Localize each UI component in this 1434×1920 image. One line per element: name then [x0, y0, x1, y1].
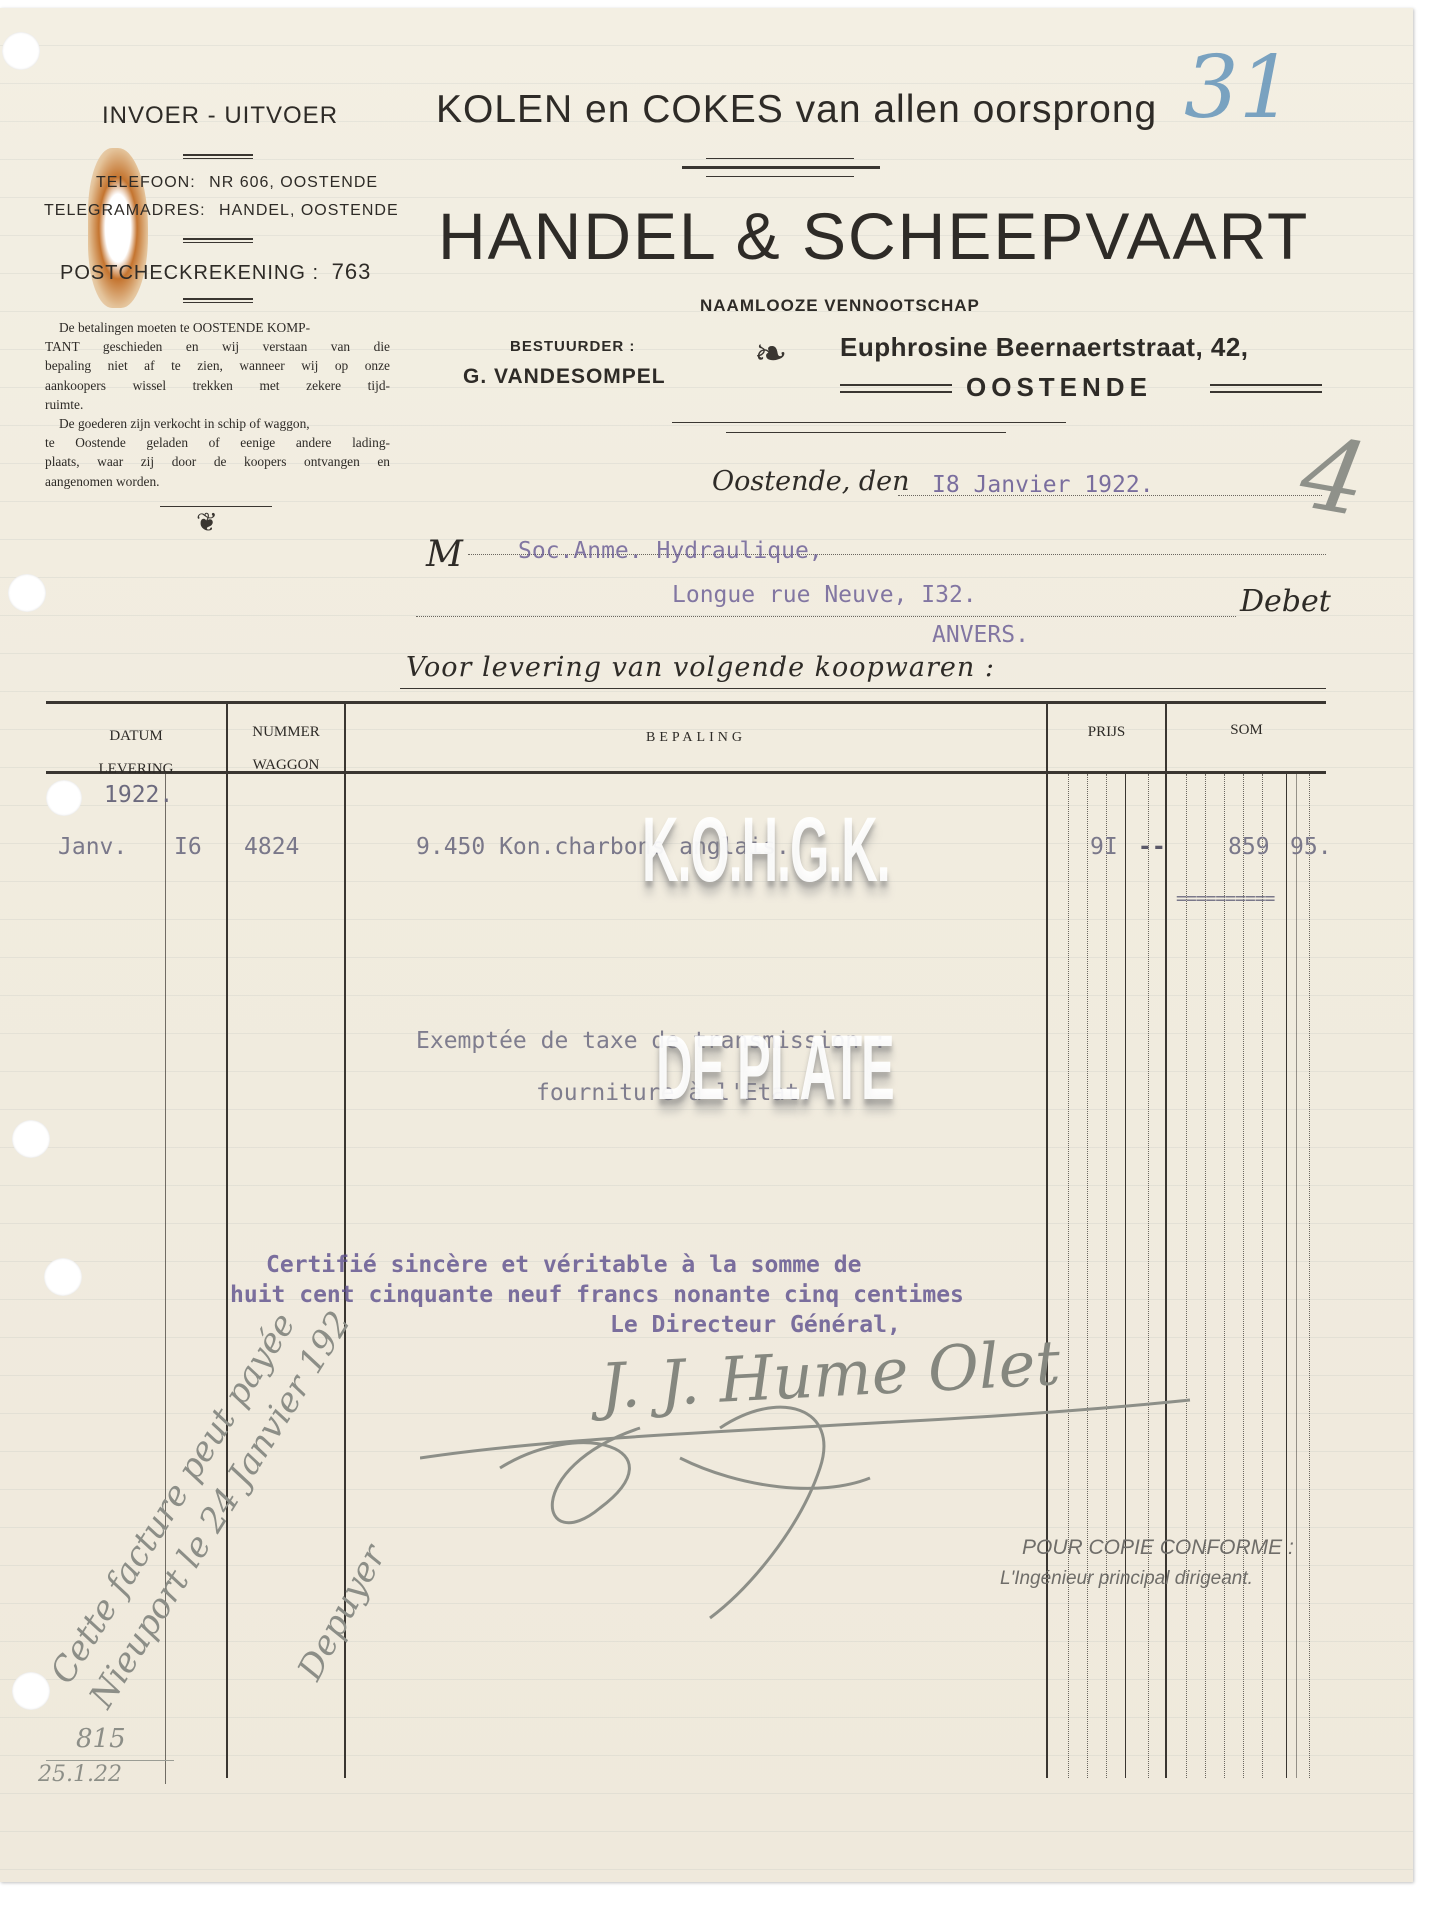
recipient-line-2 [416, 616, 1236, 617]
telegram-line: TELEGRAMADRES: HANDEL, OOSTENDE [44, 202, 399, 220]
postcheck-label: POSTCHECKREKENING : [60, 262, 319, 284]
punch-hole-icon [8, 574, 46, 612]
telefoon-value: NR 606, OOSTENDE [209, 174, 378, 191]
divider [183, 298, 253, 303]
divider [1210, 384, 1322, 386]
row-day: I6 [174, 834, 202, 860]
recipient-city: ANVERS. [932, 622, 1029, 648]
divider [706, 158, 854, 159]
debet-label: Debet [1240, 584, 1331, 619]
director-label: BESTUURDER : [510, 338, 635, 355]
import-export-title: INVOER - UITVOER [102, 102, 338, 130]
telegram-label: TELEGRAMADRES: [44, 202, 206, 219]
row-month: Janv. [58, 834, 127, 860]
blue-pencil-number: 31 [1184, 38, 1293, 138]
guide-line [1224, 774, 1225, 1778]
ornament-icon: ❦ [196, 508, 218, 538]
terms-line: te Oostende geladen of eenige andere lad… [45, 433, 390, 452]
header-som: SOM [1167, 722, 1326, 739]
divider [672, 422, 1066, 423]
company-name: HANDEL & SCHEEPVAART [438, 198, 1309, 274]
recipient-street: Longue rue Neuve, I32. [672, 582, 977, 608]
terms-line: TANT geschieden en wij verstaan van die [45, 337, 390, 356]
ref-divider [46, 1760, 174, 1761]
punch-hole-icon [44, 1258, 82, 1296]
header-datum: DATUM LEVERING [46, 720, 226, 786]
postcheck-line: POSTCHECKREKENING : 763 [60, 259, 371, 285]
divider [706, 176, 854, 177]
total-underline: ========== [1176, 888, 1274, 909]
table-top-border [46, 701, 1326, 704]
telefoon-line: TELEFOON: NR 606, OOSTENDE [96, 174, 378, 192]
guide-line [1243, 774, 1244, 1778]
watermark-top: K.O.H.G.K. [642, 798, 890, 903]
terms-line: aankoopers wissel trekken met zekere tij… [45, 376, 390, 395]
certification-line3: Le Directeur Général, [610, 1312, 901, 1338]
invoice-date: I8 Janvier 1922. [932, 472, 1154, 498]
terms-line: ruimte. [45, 395, 390, 414]
punch-hole-icon [2, 32, 40, 70]
punch-hole-icon [12, 1672, 50, 1710]
terms-line: bepaling niet af te zien, wanneer wij op… [45, 356, 390, 375]
divider [682, 166, 880, 169]
header-bepaling: BEPALING [346, 730, 1046, 746]
divider [840, 391, 952, 393]
header-datum-line1: DATUM [46, 720, 226, 753]
telefoon-label: TELEFOON: [96, 174, 196, 191]
legal-form: NAAMLOOZE VENNOOTSCHAP [700, 296, 980, 316]
header-prijs: PRIJS [1048, 724, 1165, 741]
guide-line [1309, 774, 1310, 1778]
terms-line: plaats, waar zij door de koopers ontvang… [45, 452, 390, 471]
watermark-bottom: DE PLATE [656, 1016, 894, 1121]
terms-line: De goederen zijn verkocht in schip of wa… [45, 414, 390, 433]
punch-hole-icon [12, 1120, 50, 1158]
recipient-prefix: M [426, 534, 463, 575]
terms-line: De betalingen moeten te OOSTENDE KOMP- [45, 318, 390, 337]
address-city: OOSTENDE [966, 372, 1152, 403]
postcheck-value: 763 [332, 259, 372, 284]
row-total-cents: 95. [1290, 834, 1332, 860]
address-street: Euphrosine Beernaertstraat, 42, [840, 332, 1249, 363]
copy-stamp-line2: L'Ingénieur principal dirigeant. [1000, 1568, 1253, 1590]
divider [183, 154, 253, 159]
copy-stamp-line1: POUR COPIE CONFORME : [1022, 1536, 1294, 1560]
header-nummer-line1: NUMMER [228, 716, 344, 749]
tagline: KOLEN en COKES van allen oorsprong [436, 88, 1157, 132]
header-nummer: NUMMER WAGGON [228, 716, 344, 782]
telegram-value: HANDEL, OOSTENDE [219, 202, 399, 219]
divider [840, 384, 952, 386]
delivery-label: Voor levering van volgende koopwaren : [406, 652, 995, 683]
divider [183, 238, 253, 243]
header-nummer-line2: WAGGON [228, 749, 344, 782]
row-price-cents: -- [1138, 834, 1166, 860]
invoice-paper: INVOER - UITVOER TELEFOON: NR 606, OOSTE… [0, 8, 1413, 1882]
ref-date: 25.1.22 [38, 1762, 122, 1787]
divider [400, 688, 1326, 689]
som-right-sep [1296, 774, 1297, 1778]
row-price: 9I [1090, 834, 1118, 860]
payment-terms: De betalingen moeten te OOSTENDE KOMP- T… [45, 318, 390, 491]
ref-number: 815 [76, 1724, 126, 1754]
recipient-name: Soc.Anme. Hydraulique, [518, 538, 823, 564]
divider [726, 432, 1006, 433]
guide-line [1205, 774, 1206, 1778]
ornament-icon: ❧ [754, 334, 788, 374]
row-waggon: 4824 [244, 834, 299, 860]
year-cell: 1922. [104, 782, 173, 808]
place-label: Oostende, den [712, 466, 910, 497]
signature-flourish-icon [420, 1388, 1200, 1628]
terms-line: aangenomen worden. [45, 472, 390, 491]
guide-line [1262, 774, 1263, 1778]
divider [160, 506, 272, 507]
director-name: G. VANDESOMPEL [463, 365, 666, 389]
col-sep-datum [226, 704, 228, 1778]
som-cents-sep [1286, 774, 1287, 1778]
row-total: 859 [1228, 834, 1270, 860]
divider [1210, 391, 1322, 393]
